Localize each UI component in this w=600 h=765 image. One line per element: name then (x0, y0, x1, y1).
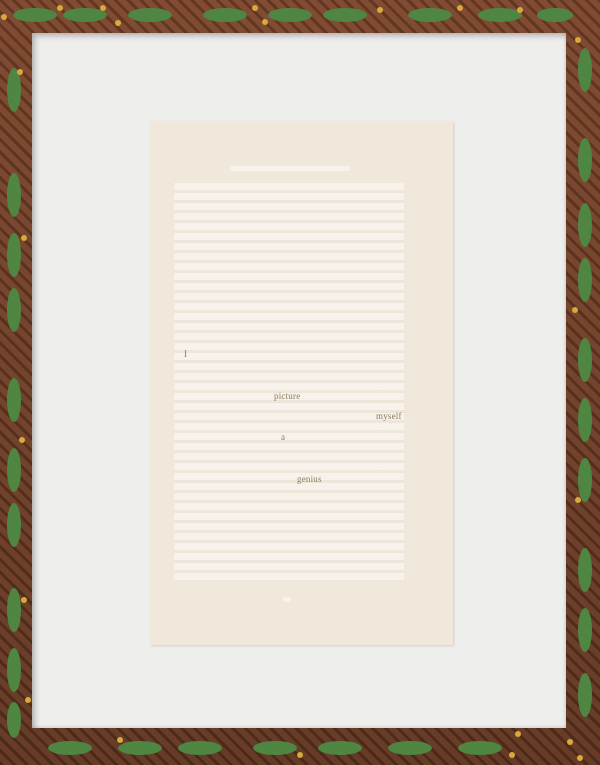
poem-word-i: I (184, 349, 187, 359)
page-header-erased (230, 166, 350, 171)
book-page (150, 121, 453, 645)
poem-word-genius: genius (297, 474, 322, 484)
page-number-erased (283, 597, 291, 602)
erased-text-block (174, 183, 404, 581)
poem-word-myself: myself (376, 411, 402, 421)
poem-word-picture: picture (274, 391, 300, 401)
poem-word-a: a (281, 432, 285, 442)
